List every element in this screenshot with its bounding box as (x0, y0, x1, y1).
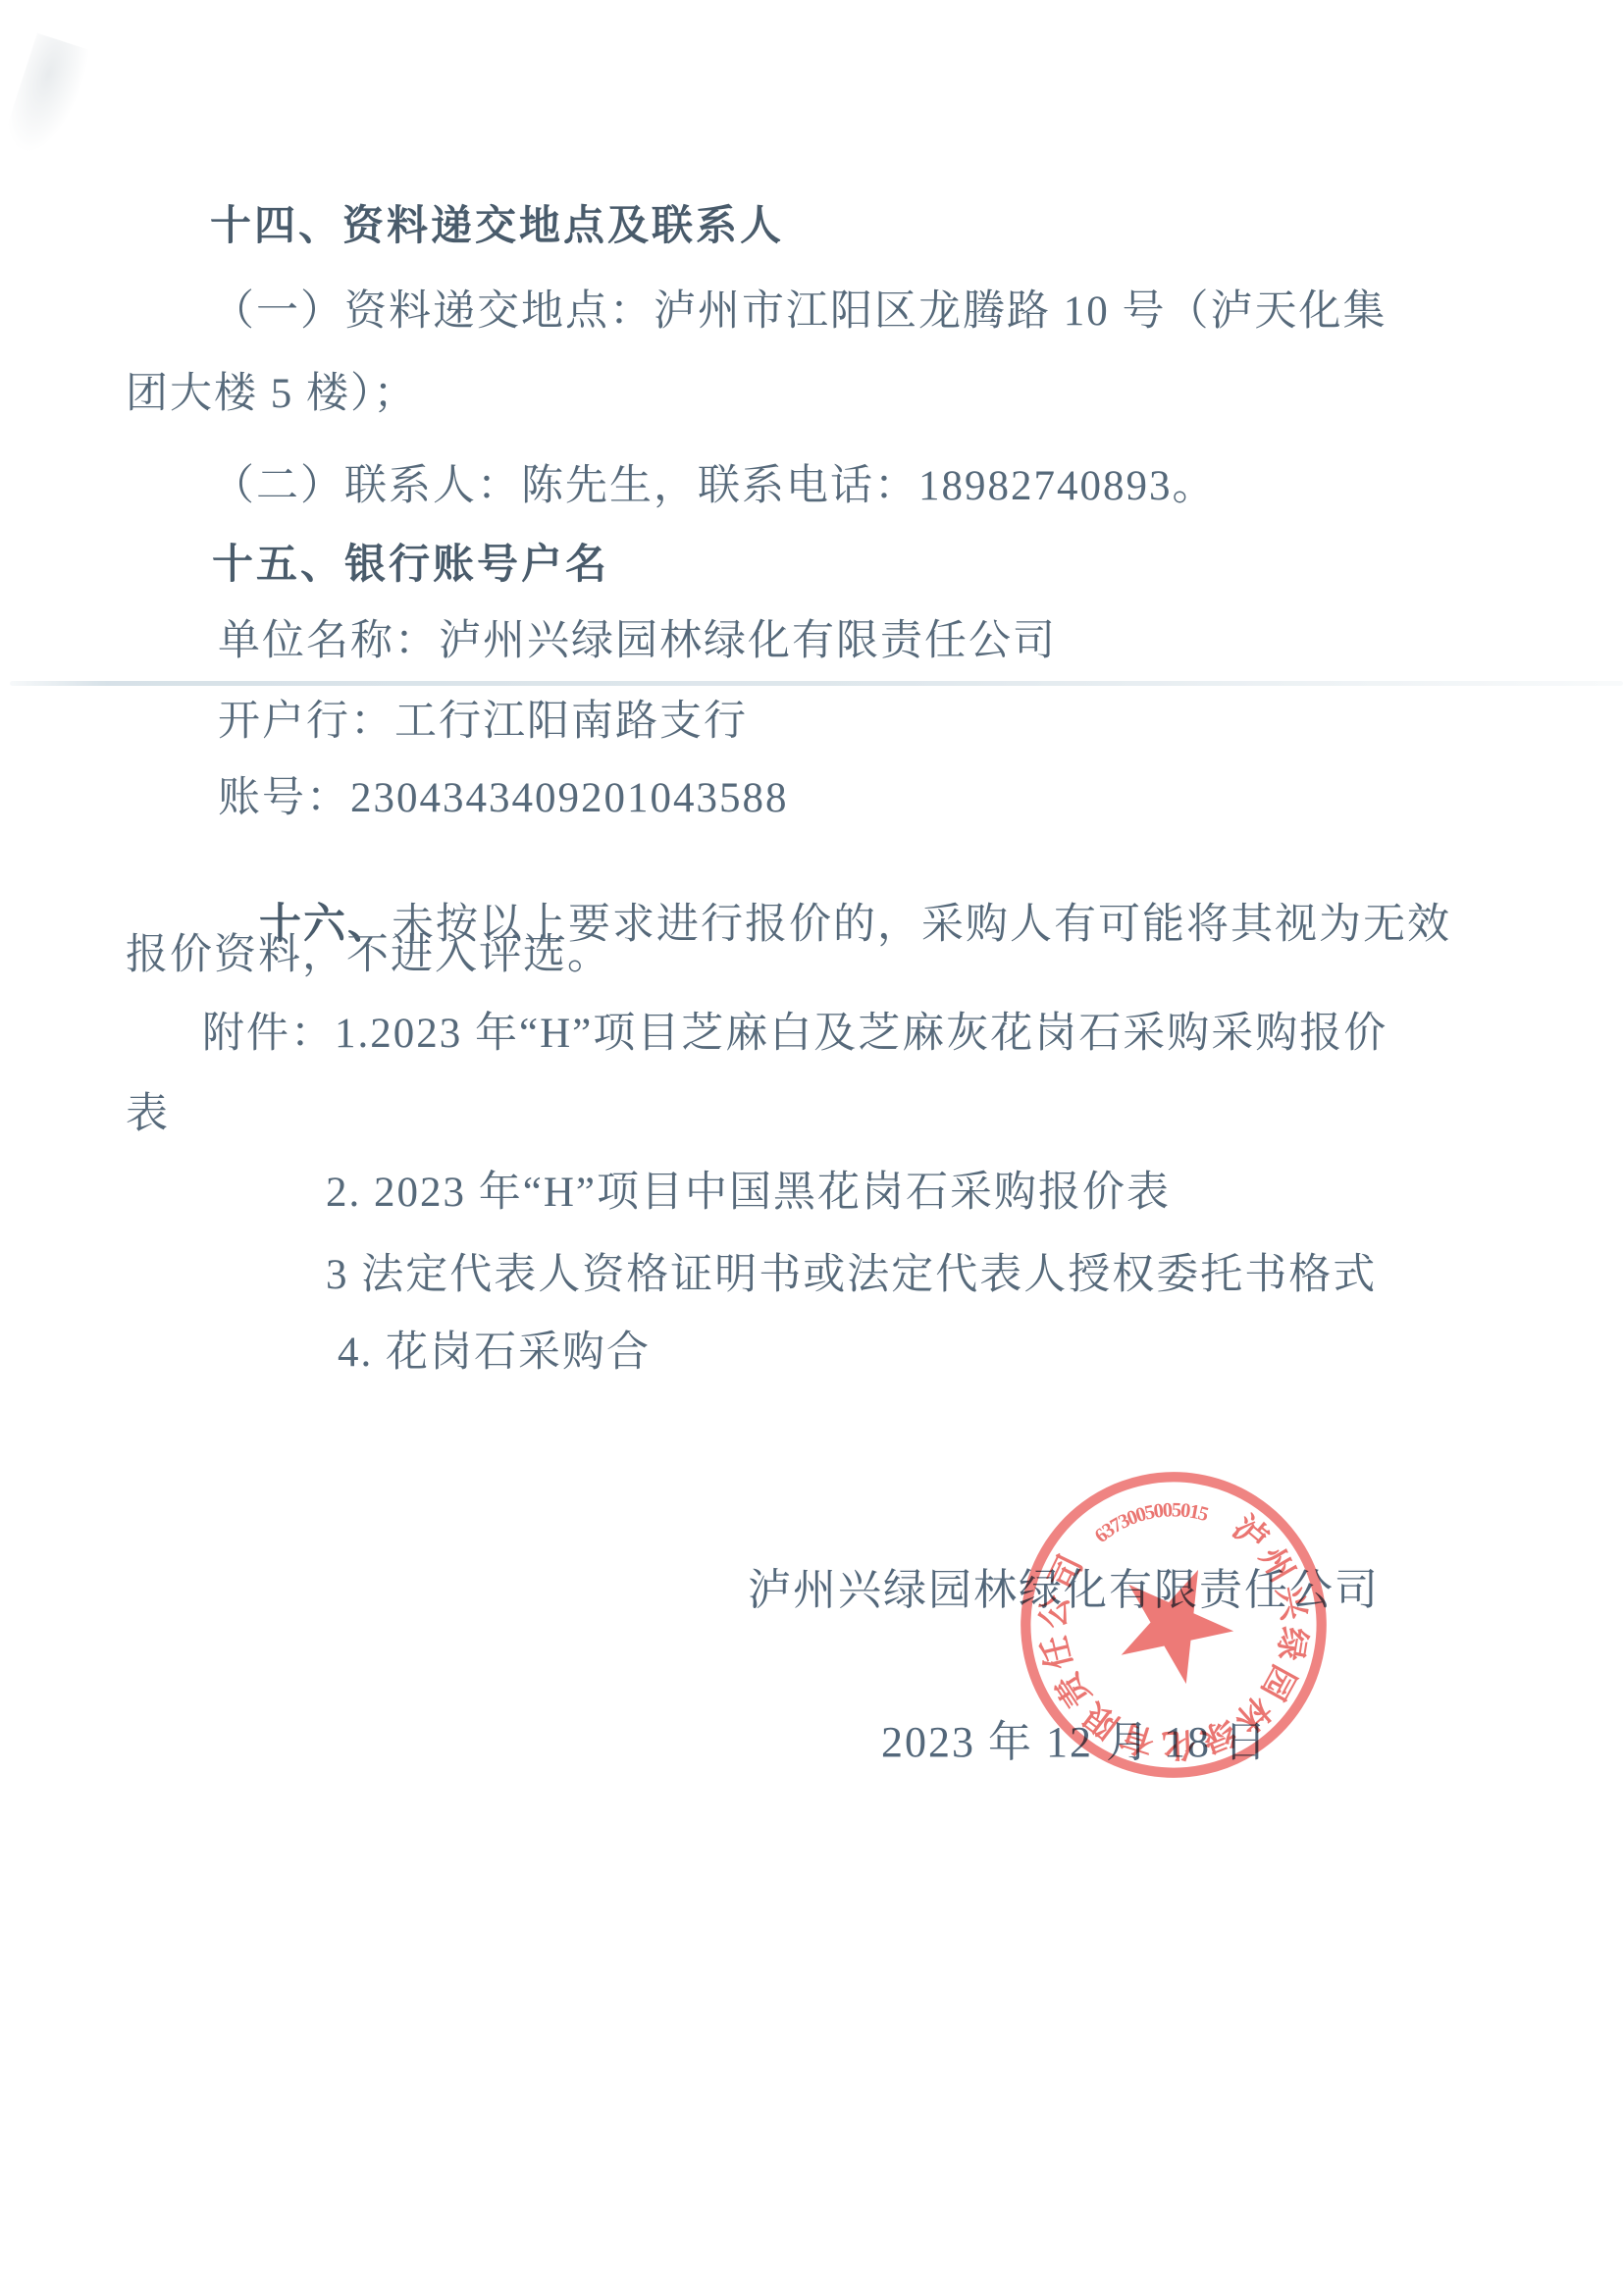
section-14-heading: 十四、资料递交地点及联系人 (210, 202, 784, 249)
svg-text:兴: 兴 (1270, 1584, 1312, 1624)
star-icon (1107, 1565, 1242, 1696)
scan-corner-smudge (1, 33, 93, 164)
attachment-4-line: 4. 花岗石采购合 (338, 1329, 651, 1377)
bank-branch-line: 开户行：工行江阳南路支行 (218, 698, 748, 746)
account-holder-line: 单位名称：泸州兴绿园林绿化有限责任公司 (218, 617, 1057, 665)
scan-artifact-line (10, 681, 1623, 686)
svg-text:任: 任 (1035, 1632, 1079, 1673)
svg-text:化: 化 (1161, 1725, 1196, 1763)
attachment-3-line: 3 法定代表人资格证明书或法定代表人授权委托书格式 (326, 1251, 1377, 1299)
submission-location-line-2: 团大楼 5 楼）； (126, 370, 418, 418)
account-number-line: 账号：2304343409201043588 (218, 774, 789, 822)
svg-text:司: 司 (1042, 1549, 1090, 1595)
scanned-document-page: 十四、资料递交地点及联系人 （一）资料递交地点：泸州市江阳区龙腾路 10 号（泸… (0, 0, 1623, 2296)
contact-person-line: （二）联系人：陈先生，联系电话：18982740893。 (212, 462, 1217, 510)
svg-text:绿: 绿 (1271, 1624, 1313, 1663)
section-16-text-wrap: 报价资料，不进入评选。 (126, 931, 611, 979)
attachment-2-line: 2. 2023 年“H”项目中国黑花岗石采购报价表 (326, 1169, 1171, 1217)
attachment-1-line: 附件：1.2023 年“H”项目芝麻白及芝麻灰花岗石采购采购报价 (202, 1010, 1387, 1058)
submission-location-line-1: （一）资料递交地点：泸州市江阳区龙腾路 10 号（泸天化集 (212, 287, 1387, 336)
svg-text:公: 公 (1035, 1593, 1075, 1631)
company-seal: 泸州兴绿园林绿化有限责任公司 5105005003736 (1013, 1464, 1335, 1786)
svg-text:有: 有 (1116, 1716, 1159, 1761)
section-15-heading: 十五、银行账号户名 (212, 541, 609, 588)
svg-text:绿: 绿 (1195, 1712, 1240, 1759)
attachment-1-wrap: 表 (126, 1090, 170, 1138)
